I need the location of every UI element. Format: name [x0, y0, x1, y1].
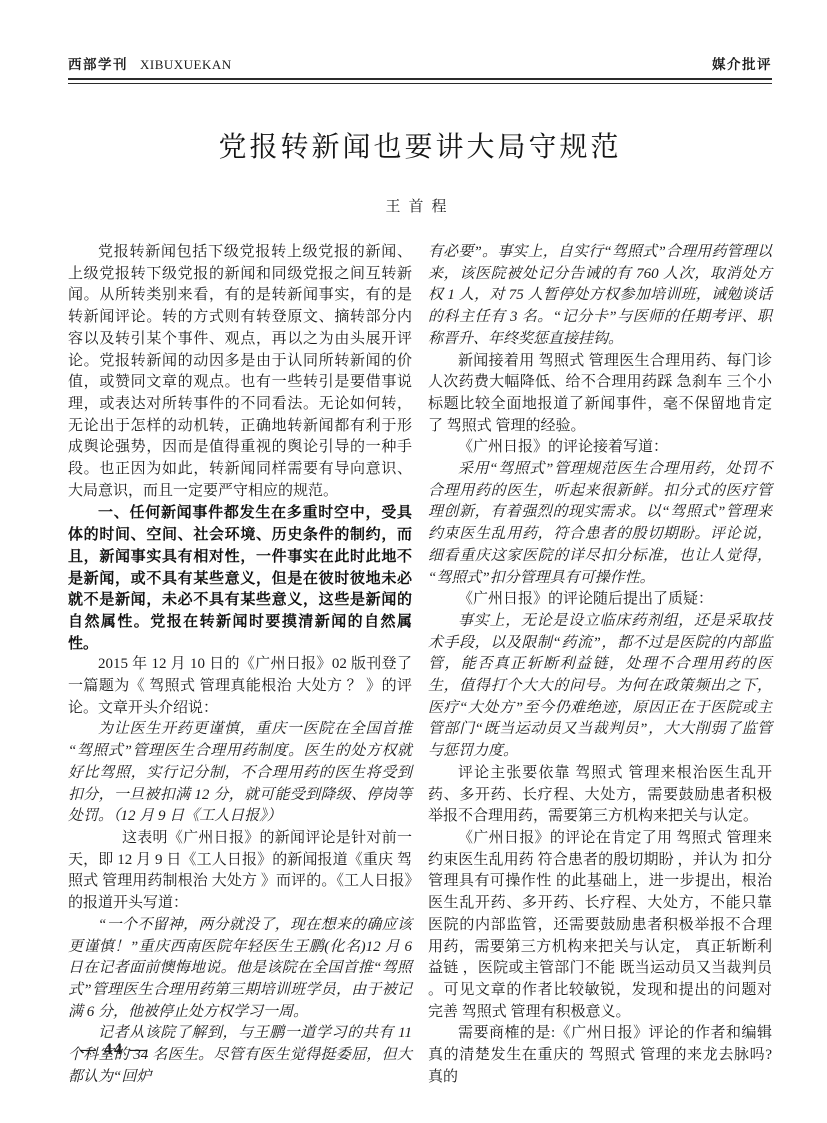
- paragraph: 评论主张要依靠 驾照式 管理来根治医生乱开药、多开药、长疗程、大处方，需要鼓励患…: [428, 763, 772, 828]
- page-header: 西部学刊 XIBUXUEKAN 媒介批评: [68, 56, 772, 74]
- paragraph: 有必要”。事实上，自实行“驾照式”合理用药管理以来，该医院被处记分告诫的有 76…: [428, 242, 772, 351]
- journal-name: 西部学刊: [68, 56, 128, 74]
- paragraph: 一、任何新闻事件都发生在多重时空中，受具体的时间、空间、社会环境、历史条件的制约…: [68, 502, 412, 654]
- paragraph: 党报转新闻包括下级党报转上级党报的新闻、上级党报转下级党报的新闻和同级党报之间互…: [68, 242, 412, 502]
- article-title: 党报转新闻也要讲大局守规范: [68, 125, 772, 165]
- paragraph: 《广州日报》的评论接着写道：: [428, 437, 772, 459]
- header-divider: [68, 78, 772, 84]
- paragraph: 采用“驾照式”管理规范医生合理用药，处罚不合理用药的医生，听起来很新鲜。扣分式的…: [428, 459, 772, 589]
- left-column: 党报转新闻包括下级党报转上级党报的新闻、上级党报转下级党报的新闻和同级党报之间互…: [68, 242, 412, 1088]
- paragraph: 《广州日报》的评论在肯定了用 驾照式 管理来约束医生乱用药 符合患者的殷切期盼 …: [428, 828, 772, 1023]
- article-author: 王首程: [68, 195, 772, 216]
- journal-masthead: 西部学刊 XIBUXUEKAN: [68, 56, 232, 74]
- journal-name-latin: XIBUXUEKAN: [140, 56, 232, 74]
- paragraph: 《广州日报》的评论随后提出了质疑：: [428, 589, 772, 611]
- page-number: — 44 —: [80, 1041, 148, 1059]
- paragraph: 需要商榷的是:《广州日报》评论的作者和编辑真的清楚发生在重庆的 驾照式 管理的来…: [428, 1023, 772, 1088]
- paragraph: “一个不留神，两分就没了，现在想来的确应该更谨慎！”重庆西南医院年轻医生王鹏(化…: [68, 915, 412, 1024]
- paragraph: 这表明《广州日报》的新闻评论是针对前一天，即 12 月 9 日《工人日报》的新闻…: [68, 828, 412, 915]
- article-body: 党报转新闻包括下级党报转上级党报的新闻、上级党报转下级党报的新闻和同级党报之间互…: [68, 242, 772, 1088]
- paragraph: 为让医生开药更谨慎，重庆一医院在全国首推“驾照式”管理医生合理用药制度。医生的处…: [68, 719, 412, 828]
- section-label: 媒介批评: [712, 56, 772, 74]
- paragraph: 2015 年 12 月 10 日的《广州日报》02 版刊登了一篇题为《 驾照式 …: [68, 654, 412, 719]
- journal-page: 西部学刊 XIBUXUEKAN 媒介批评 党报转新闻也要讲大局守规范 王首程 党…: [0, 0, 827, 1123]
- right-column: 有必要”。事实上，自实行“驾照式”合理用药管理以来，该医院被处记分告诫的有 76…: [428, 242, 772, 1088]
- paragraph: 新闻接着用 驾照式 管理医生合理用药、每门诊人次药费大幅降低、给不合理用药踩 急…: [428, 351, 772, 438]
- paragraph: 事实上，无论是设立临床药剂组，还是采取技术手段，以及限制“药流”，都不过是医院的…: [428, 611, 772, 763]
